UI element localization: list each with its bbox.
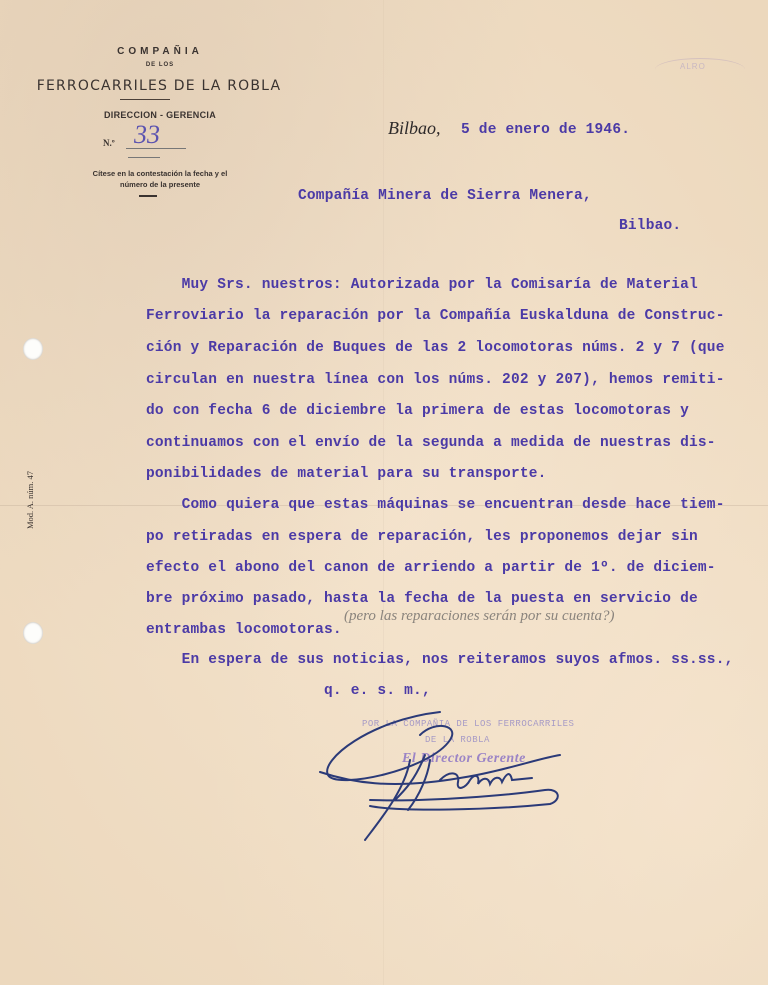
punch-hole-bottom [23, 622, 43, 644]
city-script: Bilbao, [388, 118, 441, 139]
letterhead-de-los: DE LOS [60, 62, 260, 68]
letterhead-dash [139, 195, 157, 197]
body-line: entrambas locomotoras. [146, 622, 342, 638]
letterhead-rule [120, 99, 170, 100]
body-line: efecto el abono del canon de arriendo a … [146, 560, 716, 576]
recipient-city: Bilbao. [619, 218, 681, 234]
letterhead-rule-short [128, 157, 160, 158]
form-reference: Mod. A. núm. 47 [18, 455, 42, 545]
citation-note: Cítese en la contestación la fecha y el … [40, 168, 280, 190]
body-line: En espera de sus noticias, nos reiteramo… [146, 652, 734, 668]
citation-note-line1: Cítese en la contestación la fecha y el [40, 168, 280, 179]
citation-note-line2: número de la presente [40, 179, 280, 190]
body-line: do con fecha 6 de diciembre la primera d… [146, 403, 689, 419]
form-reference-text: Mod. A. núm. 47 [25, 471, 35, 529]
reference-number-label: N.º [103, 138, 115, 148]
body-line: ción y Reparación de Buques de las 2 loc… [146, 340, 725, 356]
punch-hole-top [23, 338, 43, 360]
faded-stamp-text: ALRO [680, 62, 706, 71]
reference-number-value: 33 [134, 120, 160, 150]
signature-icon [310, 700, 590, 850]
body-line: Muy Srs. nuestros: Autorizada por la Com… [146, 277, 698, 293]
letter-date: 5 de enero de 1946. [461, 122, 630, 138]
body-line-closing: q. e. s. m., [146, 683, 431, 699]
letterhead-compania: COMPAÑIA [60, 46, 260, 57]
body-line: po retiradas en espera de reparación, le… [146, 529, 698, 545]
letterhead-company-name: FERROCARRILES DE LA ROBLA [28, 78, 290, 94]
body-line: ponibilidades de material para su transp… [146, 466, 547, 482]
body-line: bre próximo pasado, hasta la fecha de la… [146, 591, 698, 607]
body-line: Como quiera que estas máquinas se encuen… [146, 497, 725, 513]
recipient-name: Compañía Minera de Sierra Menera, [298, 188, 592, 204]
body-line: circulan en nuestra línea con los núms. … [146, 372, 725, 388]
letterhead-department: DIRECCION - GERENCIA [60, 110, 260, 120]
body-line: continuamos con el envío de la segunda a… [146, 435, 716, 451]
body-line: Ferroviario la reparación por la Compañí… [146, 308, 725, 324]
handwritten-annotation: (pero las reparaciones serán por su cuen… [344, 608, 615, 625]
